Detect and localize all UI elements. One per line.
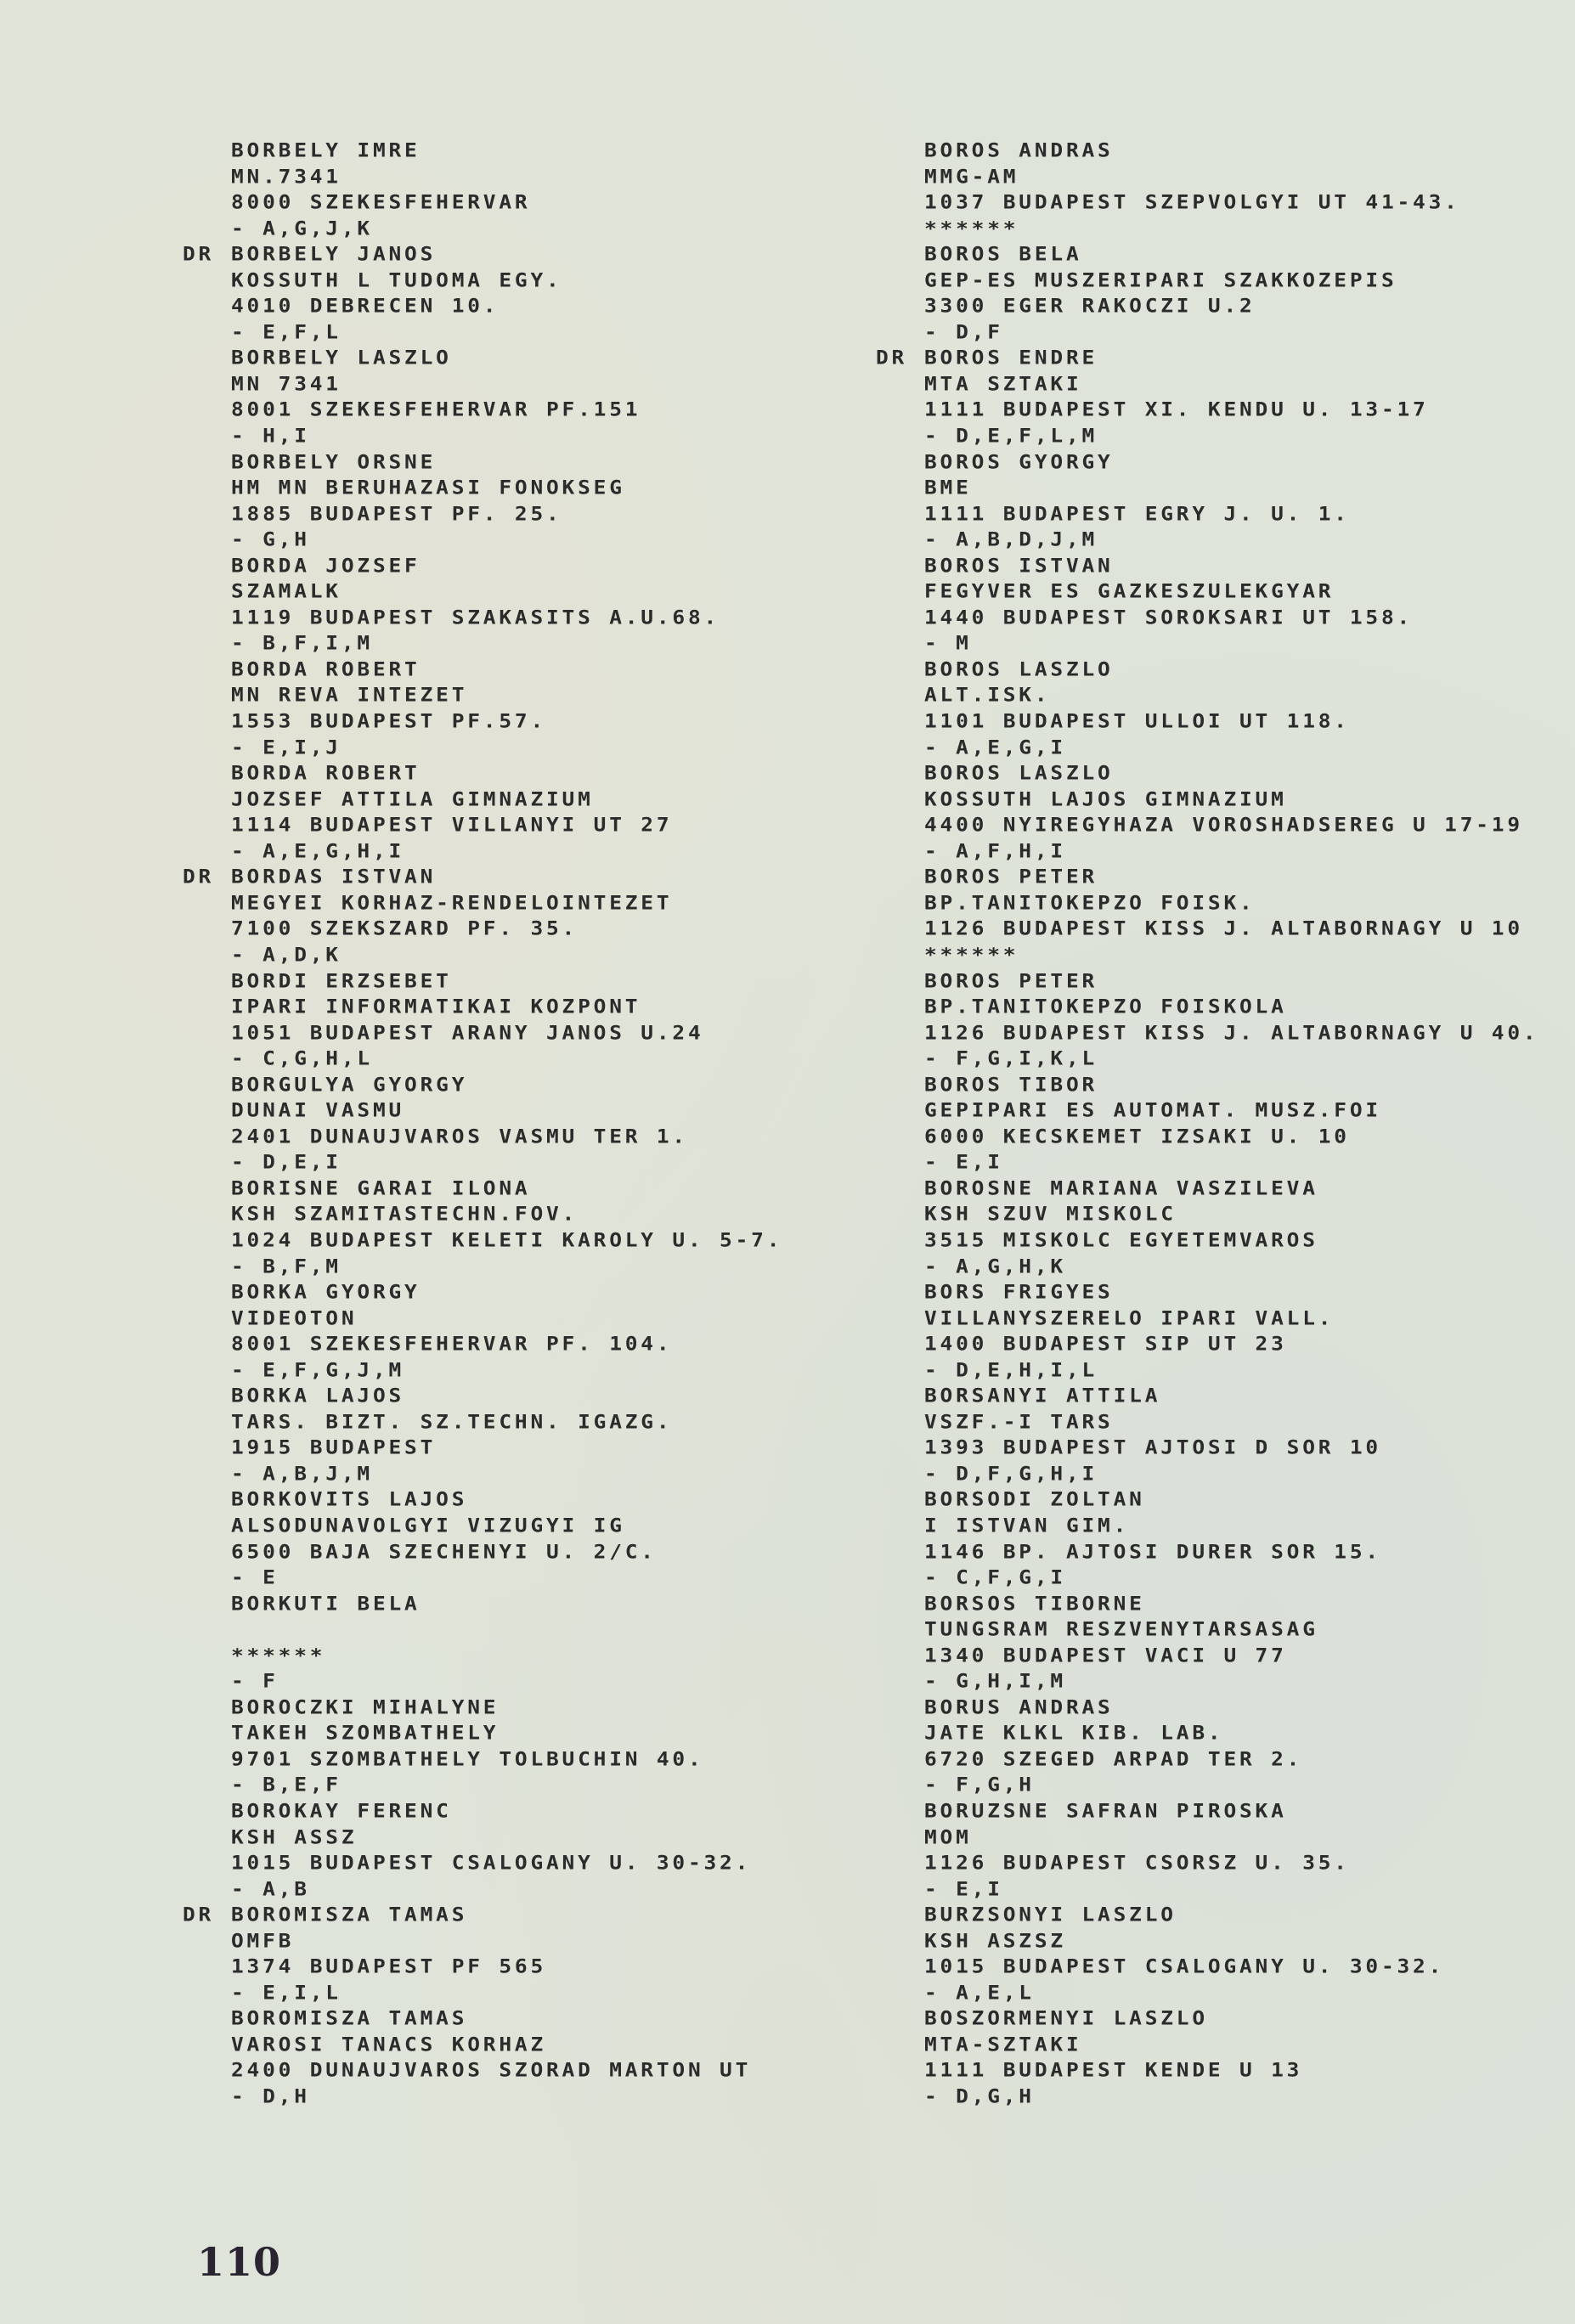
directory-line: - E,I bbox=[876, 1877, 1538, 1901]
entry-text: - F,G,I,K,L bbox=[924, 1046, 1098, 1070]
directory-line: DRBORBELY JANOS bbox=[183, 242, 782, 266]
entry-text: - D,G,H bbox=[924, 2084, 1035, 2108]
directory-line: ****** bbox=[876, 943, 1538, 967]
directory-line: 1126 BUDAPEST KISS J. ALTABORNAGY U 40. bbox=[876, 1021, 1538, 1045]
entry-text: BOSZORMENYI LASZLO bbox=[924, 2007, 1208, 2031]
entry-text: BORDI ERZSEBET bbox=[231, 969, 452, 993]
directory-line: BORISNE GARAI ILONA bbox=[183, 1176, 782, 1200]
directory-line: BORKA GYORGY bbox=[183, 1280, 782, 1304]
directory-line: KOSSUTH LAJOS GIMNAZIUM bbox=[876, 787, 1538, 811]
entry-text: BOROMISZA TAMAS bbox=[231, 1903, 467, 1926]
entry-text: - A,B bbox=[231, 1877, 310, 1901]
directory-line: 1340 BUDAPEST VACI U 77 bbox=[876, 1644, 1538, 1667]
directory-line: - E,F,L bbox=[183, 320, 782, 344]
entry-text: - B,F,I,M bbox=[231, 632, 373, 656]
entry-text: - D,H bbox=[231, 2084, 310, 2108]
entry-text: 1340 BUDAPEST VACI U 77 bbox=[924, 1644, 1287, 1667]
directory-line: - E,I,L bbox=[183, 1981, 782, 2005]
entry-text: - E,I,L bbox=[231, 1981, 342, 2005]
entry-text: 1119 BUDAPEST SZAKASITS A.U.68. bbox=[231, 606, 720, 629]
entry-text: IPARI INFORMATIKAI KOZPONT bbox=[231, 995, 641, 1018]
directory-line: BOROSNE MARIANA VASZILEVA bbox=[876, 1176, 1538, 1200]
entry-text: JATE KLKL KIB. LAB. bbox=[924, 1722, 1223, 1746]
directory-line: 1024 BUDAPEST KELETI KAROLY U. 5-7. bbox=[183, 1228, 782, 1252]
directory-line: BORSOS TIBORNE bbox=[876, 1592, 1538, 1616]
directory-line: ****** bbox=[183, 1644, 782, 1667]
directory-line: 4010 DEBRECEN 10. bbox=[183, 295, 782, 319]
directory-line: 1126 BUDAPEST CSORSZ U. 35. bbox=[876, 1851, 1538, 1875]
directory-line: GEPIPARI ES AUTOMAT. MUSZ.FOI bbox=[876, 1098, 1538, 1122]
entry-text: BOROS PETER bbox=[924, 969, 1098, 993]
entry-text: 1111 BUDAPEST XI. KENDU U. 13-17 bbox=[924, 398, 1429, 422]
entry-text: 8001 SZEKESFEHERVAR PF.151 bbox=[231, 398, 641, 422]
directory-line: MTA-SZTAKI bbox=[876, 2033, 1538, 2056]
directory-line: BORBELY ORSNE bbox=[183, 450, 782, 474]
entry-text: VAROSI TANACS KORHAZ bbox=[231, 2033, 546, 2056]
directory-line: MOM bbox=[876, 1825, 1538, 1849]
directory-line: ALSODUNAVOLGYI VIZUGYI IG bbox=[183, 1514, 782, 1537]
entry-text: 1553 BUDAPEST PF.57. bbox=[231, 709, 546, 733]
entry-text: BORSOS TIBORNE bbox=[924, 1592, 1145, 1616]
directory-page: BORBELY IMREMN.73418000 SZEKESFEHERVAR- … bbox=[0, 0, 1575, 2324]
entry-text: - A,G,H,K bbox=[924, 1255, 1066, 1278]
directory-line: KOSSUTH L TUDOMA EGY. bbox=[183, 268, 782, 292]
directory-line: 6500 BAJA SZECHENYI U. 2/C. bbox=[183, 1540, 782, 1564]
directory-line: 1393 BUDAPEST AJTOSI D SOR 10 bbox=[876, 1436, 1538, 1460]
entry-text: 4400 NYIREGYHAZA VOROSHADSEREG U 17-19 bbox=[924, 813, 1523, 837]
directory-line: - C,G,H,L bbox=[183, 1046, 782, 1070]
directory-line: - C,F,G,I bbox=[876, 1565, 1538, 1589]
directory-line: BOROS ANDRAS bbox=[876, 138, 1538, 162]
entry-text: - D,E,I bbox=[231, 1151, 342, 1175]
title-prefix: DR bbox=[183, 242, 231, 266]
entry-text: BORSODI ZOLTAN bbox=[924, 1488, 1145, 1512]
directory-line: 3515 MISKOLC EGYETEMVAROS bbox=[876, 1228, 1538, 1252]
directory-line: 2400 DUNAUJVAROS SZORAD MARTON UT bbox=[183, 2059, 782, 2083]
directory-line: 1111 BUDAPEST EGRY J. U. 1. bbox=[876, 502, 1538, 526]
entry-text: MTA-SZTAKI bbox=[924, 2033, 1082, 2056]
entry-text: BORDA ROBERT bbox=[231, 761, 421, 785]
directory-line: GEP-ES MUSZERIPARI SZAKKOZEPIS bbox=[876, 268, 1538, 292]
directory-line: BOROS ISTVAN bbox=[876, 554, 1538, 578]
entry-text: BORUZSNE SAFRAN PIROSKA bbox=[924, 1799, 1287, 1823]
directory-line: DUNAI VASMU bbox=[183, 1098, 782, 1122]
entry-text: 1146 BP. AJTOSI DURER SOR 15. bbox=[924, 1540, 1381, 1564]
directory-line: 8000 SZEKESFEHERVAR bbox=[183, 190, 782, 214]
directory-line: BORKOVITS LAJOS bbox=[183, 1488, 782, 1512]
entry-text: KSH ASSZ bbox=[231, 1825, 357, 1849]
entry-text: 9701 SZOMBATHELY TOLBUCHIN 40. bbox=[231, 1747, 704, 1771]
directory-line: - D,E,I bbox=[183, 1151, 782, 1175]
directory-line: 3300 EGER RAKOCZI U.2 bbox=[876, 295, 1538, 319]
directory-line: 1374 BUDAPEST PF 565 bbox=[183, 1955, 782, 1979]
directory-line: BOROS PETER bbox=[876, 969, 1538, 993]
directory-line: ****** bbox=[876, 217, 1538, 240]
directory-line: BORDI ERZSEBET bbox=[183, 969, 782, 993]
entry-text: BOROKAY FERENC bbox=[231, 1799, 452, 1823]
entry-text: KSH ASZSZ bbox=[924, 1929, 1066, 1953]
directory-line: TAKEH SZOMBATHELY bbox=[183, 1722, 782, 1746]
entry-text: BOROCZKI MIHALYNE bbox=[231, 1695, 499, 1719]
entry-text: VIDEOTON bbox=[231, 1306, 357, 1330]
directory-line: - B,E,F bbox=[183, 1774, 782, 1797]
directory-line: VILLANYSZERELO IPARI VALL. bbox=[876, 1306, 1538, 1330]
entry-text: BORISNE GARAI ILONA bbox=[231, 1176, 530, 1200]
entry-text: BORBELY IMRE bbox=[231, 138, 421, 162]
entry-text: BORSANYI ATTILA bbox=[924, 1384, 1160, 1407]
entry-text: 1400 BUDAPEST SIP UT 23 bbox=[924, 1332, 1287, 1356]
directory-line: - A,G,J,K bbox=[183, 217, 782, 240]
entry-text: BOROSNE MARIANA VASZILEVA bbox=[924, 1176, 1318, 1200]
directory-line: BORSODI ZOLTAN bbox=[876, 1488, 1538, 1512]
directory-column-right: BOROS ANDRASMMG-AM1037 BUDAPEST SZEPVOLG… bbox=[876, 138, 1538, 2110]
directory-line: 1015 BUDAPEST CSALOGANY U. 30-32. bbox=[876, 1955, 1538, 1979]
directory-line: 4400 NYIREGYHAZA VOROSHADSEREG U 17-19 bbox=[876, 813, 1538, 837]
directory-line: - D,F bbox=[876, 320, 1538, 344]
entry-text: - C,F,G,I bbox=[924, 1565, 1066, 1589]
directory-line: SZAMALK bbox=[183, 580, 782, 604]
directory-line: - F,G,I,K,L bbox=[876, 1046, 1538, 1070]
directory-line: - A,F,H,I bbox=[876, 839, 1538, 863]
entry-text: ALSODUNAVOLGYI VIZUGYI IG bbox=[231, 1514, 625, 1537]
entry-text: BORBELY LASZLO bbox=[231, 347, 452, 370]
directory-line: BP.TANITOKEPZO FOISK. bbox=[876, 891, 1538, 915]
entry-text: ****** bbox=[231, 1644, 325, 1667]
entry-text: - E,F,L bbox=[231, 320, 342, 344]
entry-text: 1015 BUDAPEST CSALOGANY U. 30-32. bbox=[924, 1955, 1444, 1979]
entry-text: - F bbox=[231, 1669, 279, 1693]
entry-text: GEP-ES MUSZERIPARI SZAKKOZEPIS bbox=[924, 268, 1397, 292]
entry-text: BORKOVITS LAJOS bbox=[231, 1488, 467, 1512]
entry-text: 1051 BUDAPEST ARANY JANOS U.24 bbox=[231, 1021, 704, 1045]
directory-line: 1400 BUDAPEST SIP UT 23 bbox=[876, 1332, 1538, 1356]
directory-line: MN REVA INTEZET bbox=[183, 684, 782, 708]
directory-line: 1440 BUDAPEST SOROKSARI UT 158. bbox=[876, 606, 1538, 629]
entry-text: FEGYVER ES GAZKESZULEKGYAR bbox=[924, 580, 1334, 604]
directory-line: 1119 BUDAPEST SZAKASITS A.U.68. bbox=[183, 606, 782, 629]
entry-text: BORDA ROBERT bbox=[231, 657, 421, 681]
directory-line: - A,B bbox=[183, 1877, 782, 1901]
entry-text: MTA SZTAKI bbox=[924, 372, 1082, 396]
directory-line: BORSANYI ATTILA bbox=[876, 1384, 1538, 1407]
directory-line: TUNGSRAM RESZVENYTARSASAG bbox=[876, 1617, 1538, 1641]
directory-line: BOSZORMENYI LASZLO bbox=[876, 2007, 1538, 2031]
entry-text: ALT.ISK. bbox=[924, 684, 1050, 708]
directory-line: BP.TANITOKEPZO FOISKOLA bbox=[876, 995, 1538, 1018]
entry-text: - A,E,L bbox=[924, 1981, 1035, 2005]
entry-text: BORUS ANDRAS bbox=[924, 1695, 1114, 1719]
entry-text: DUNAI VASMU bbox=[231, 1098, 404, 1122]
entry-text: 3515 MISKOLC EGYETEMVAROS bbox=[924, 1228, 1318, 1252]
directory-line: 1146 BP. AJTOSI DURER SOR 15. bbox=[876, 1540, 1538, 1564]
directory-line: - D,E,H,I,L bbox=[876, 1358, 1538, 1382]
directory-line: - B,F,M bbox=[183, 1255, 782, 1278]
entry-text: - C,G,H,L bbox=[231, 1046, 373, 1070]
directory-line: BORKUTI BELA bbox=[183, 1592, 782, 1616]
directory-line: KSH ASZSZ bbox=[876, 1929, 1538, 1953]
directory-line: BORGULYA GYORGY bbox=[183, 1073, 782, 1097]
entry-text: BORKUTI BELA bbox=[231, 1592, 421, 1616]
entry-text: BORDAS ISTVAN bbox=[231, 866, 436, 889]
directory-line: - F,G,H bbox=[876, 1774, 1538, 1797]
directory-line: - D,F,G,H,I bbox=[876, 1462, 1538, 1486]
entry-text: BOROS LASZLO bbox=[924, 657, 1114, 681]
directory-line: BOROS PETER bbox=[876, 866, 1538, 889]
directory-line: 9701 SZOMBATHELY TOLBUCHIN 40. bbox=[183, 1747, 782, 1771]
entry-text: - D,E,H,I,L bbox=[924, 1358, 1098, 1382]
entry-text: KSH SZAMITASTECHN.FOV. bbox=[231, 1203, 578, 1227]
entry-text: 6500 BAJA SZECHENYI U. 2/C. bbox=[231, 1540, 657, 1564]
entry-text: 7100 SZEKSZARD PF. 35. bbox=[231, 917, 578, 941]
entry-text: BOROMISZA TAMAS bbox=[231, 2007, 467, 2031]
directory-line: JOZSEF ATTILA GIMNAZIUM bbox=[183, 787, 782, 811]
directory-line: BORDA JOZSEF bbox=[183, 554, 782, 578]
directory-line: VAROSI TANACS KORHAZ bbox=[183, 2033, 782, 2056]
directory-line: 8001 SZEKESFEHERVAR PF. 104. bbox=[183, 1332, 782, 1356]
entry-text: ****** bbox=[924, 943, 1019, 967]
directory-line: OMFB bbox=[183, 1929, 782, 1953]
directory-line: - E,I bbox=[876, 1151, 1538, 1175]
entry-text: I ISTVAN GIM. bbox=[924, 1514, 1129, 1537]
directory-line: BORS FRIGYES bbox=[876, 1280, 1538, 1304]
directory-line: IPARI INFORMATIKAI KOZPONT bbox=[183, 995, 782, 1018]
directory-line: BORDA ROBERT bbox=[183, 761, 782, 785]
entry-text: - A,E,G,H,I bbox=[231, 839, 404, 863]
entry-text: 2400 DUNAUJVAROS SZORAD MARTON UT bbox=[231, 2059, 751, 2083]
directory-line: DRBOROS ENDRE bbox=[876, 347, 1538, 370]
entry-text: BME bbox=[924, 476, 972, 499]
entry-text: BP.TANITOKEPZO FOISKOLA bbox=[924, 995, 1287, 1018]
entry-text: - A,E,G,I bbox=[924, 736, 1066, 759]
entry-text: BORKA GYORGY bbox=[231, 1280, 421, 1304]
directory-line: BORBELY IMRE bbox=[183, 138, 782, 162]
entry-text: - H,I bbox=[231, 424, 310, 448]
directory-line: - A,G,H,K bbox=[876, 1255, 1538, 1278]
directory-line: - A,D,K bbox=[183, 943, 782, 967]
entry-text: - E,I bbox=[924, 1877, 1003, 1901]
title-prefix: DR bbox=[183, 866, 231, 889]
directory-line: 1915 BUDAPEST bbox=[183, 1436, 782, 1460]
entry-text: - A,F,H,I bbox=[924, 839, 1066, 863]
directory-line: BORKA LAJOS bbox=[183, 1384, 782, 1407]
directory-line: 1037 BUDAPEST SZEPVOLGYI UT 41-43. bbox=[876, 190, 1538, 214]
entry-text: - A,B,D,J,M bbox=[924, 527, 1098, 551]
entry-text: - E,I bbox=[924, 1151, 1003, 1175]
entry-text: BORKA LAJOS bbox=[231, 1384, 404, 1407]
entry-text: 6720 SZEGED ARPAD TER 2. bbox=[924, 1747, 1302, 1771]
directory-line: 8001 SZEKESFEHERVAR PF.151 bbox=[183, 398, 782, 422]
entry-text: BOROS PETER bbox=[924, 866, 1098, 889]
directory-line: BORDA ROBERT bbox=[183, 657, 782, 681]
entry-text: MN.7341 bbox=[231, 165, 342, 189]
directory-line: - B,F,I,M bbox=[183, 632, 782, 656]
directory-line: KSH ASSZ bbox=[183, 1825, 782, 1849]
directory-line: MEGYEI KORHAZ-RENDELOINTEZET bbox=[183, 891, 782, 915]
entry-text: 1111 BUDAPEST EGRY J. U. 1. bbox=[924, 502, 1350, 526]
entry-text: TUNGSRAM RESZVENYTARSASAG bbox=[924, 1617, 1318, 1641]
entry-text: - E bbox=[231, 1565, 279, 1589]
entry-text: BOROS LASZLO bbox=[924, 761, 1114, 785]
directory-line: 1114 BUDAPEST VILLANYI UT 27 bbox=[183, 813, 782, 837]
entry-text: 1393 BUDAPEST AJTOSI D SOR 10 bbox=[924, 1436, 1381, 1460]
entry-text: BP.TANITOKEPZO FOISK. bbox=[924, 891, 1256, 915]
entry-text: - A,G,J,K bbox=[231, 217, 373, 240]
entry-text: - D,E,F,L,M bbox=[924, 424, 1098, 448]
directory-line: BURZSONYI LASZLO bbox=[876, 1903, 1538, 1926]
directory-line: BOROS LASZLO bbox=[876, 657, 1538, 681]
directory-line: BOROCZKI MIHALYNE bbox=[183, 1695, 782, 1719]
entry-text: - E,F,G,J,M bbox=[231, 1358, 404, 1382]
directory-line: KSH SZUV MISKOLC bbox=[876, 1203, 1538, 1227]
directory-line: - A,B,D,J,M bbox=[876, 527, 1538, 551]
directory-line: - G,H bbox=[183, 527, 782, 551]
directory-line: 1553 BUDAPEST PF.57. bbox=[183, 709, 782, 733]
directory-line: MMG-AM bbox=[876, 165, 1538, 189]
entry-text: MMG-AM bbox=[924, 165, 1019, 189]
directory-line: ALT.ISK. bbox=[876, 684, 1538, 708]
entry-text: 1037 BUDAPEST SZEPVOLGYI UT 41-43. bbox=[924, 190, 1460, 214]
directory-line: MN 7341 bbox=[183, 372, 782, 396]
entry-text: OMFB bbox=[231, 1929, 294, 1953]
directory-line: KSH SZAMITASTECHN.FOV. bbox=[183, 1203, 782, 1227]
directory-line: DRBOROMISZA TAMAS bbox=[183, 1903, 782, 1926]
entry-text: - G,H bbox=[231, 527, 310, 551]
directory-line: 1885 BUDAPEST PF. 25. bbox=[183, 502, 782, 526]
directory-line: - A,E,L bbox=[876, 1981, 1538, 2005]
page-number: 110 bbox=[197, 2239, 281, 2285]
entry-text: - G,H,I,M bbox=[924, 1669, 1066, 1693]
entry-text: KSH SZUV MISKOLC bbox=[924, 1203, 1177, 1227]
directory-line: BOROKAY FERENC bbox=[183, 1799, 782, 1823]
entry-text: HM MN BERUHAZASI FONOKSEG bbox=[231, 476, 625, 499]
entry-text: 1126 BUDAPEST KISS J. ALTABORNAGY U 40. bbox=[924, 1021, 1538, 1045]
entry-text: 1111 BUDAPEST KENDE U 13 bbox=[924, 2059, 1302, 2083]
directory-line: - G,H,I,M bbox=[876, 1669, 1538, 1693]
entry-text: TARS. BIZT. SZ.TECHN. IGAZG. bbox=[231, 1410, 672, 1434]
directory-line: TARS. BIZT. SZ.TECHN. IGAZG. bbox=[183, 1410, 782, 1434]
directory-line: HM MN BERUHAZASI FONOKSEG bbox=[183, 476, 782, 499]
entry-text: BURZSONYI LASZLO bbox=[924, 1903, 1177, 1926]
entry-text: 1015 BUDAPEST CSALOGANY U. 30-32. bbox=[231, 1851, 751, 1875]
directory-line: 1101 BUDAPEST ULLOI UT 118. bbox=[876, 709, 1538, 733]
directory-line: I ISTVAN GIM. bbox=[876, 1514, 1538, 1537]
directory-line: BOROS BELA bbox=[876, 242, 1538, 266]
directory-line: - E,I,J bbox=[183, 736, 782, 759]
entry-text: - A,D,K bbox=[231, 943, 342, 967]
directory-line: DRBORDAS ISTVAN bbox=[183, 866, 782, 889]
directory-line: 1111 BUDAPEST KENDE U 13 bbox=[876, 2059, 1538, 2083]
directory-line: BOROS GYORGY bbox=[876, 450, 1538, 474]
entry-text: 4010 DEBRECEN 10. bbox=[231, 295, 499, 319]
directory-line: 6000 KECSKEMET IZSAKI U. 10 bbox=[876, 1125, 1538, 1148]
entry-text: - F,G,H bbox=[924, 1774, 1035, 1797]
entry-text: VSZF.-I TARS bbox=[924, 1410, 1114, 1434]
directory-line: - E bbox=[183, 1565, 782, 1589]
directory-line: JATE KLKL KIB. LAB. bbox=[876, 1722, 1538, 1746]
entry-text: BORBELY JANOS bbox=[231, 242, 436, 266]
entry-text: KOSSUTH LAJOS GIMNAZIUM bbox=[924, 787, 1287, 811]
entry-text: BORDA JOZSEF bbox=[231, 554, 421, 578]
entry-text: 2401 DUNAUJVAROS VASMU TER 1. bbox=[231, 1125, 688, 1148]
directory-line: 6720 SZEGED ARPAD TER 2. bbox=[876, 1747, 1538, 1771]
entry-text: BOROS TIBOR bbox=[924, 1073, 1098, 1097]
entry-text: 1114 BUDAPEST VILLANYI UT 27 bbox=[231, 813, 672, 837]
entry-text: 1101 BUDAPEST ULLOI UT 118. bbox=[924, 709, 1350, 733]
entry-text: KOSSUTH L TUDOMA EGY. bbox=[231, 268, 562, 292]
title-prefix: DR bbox=[876, 347, 924, 370]
entry-text: 1024 BUDAPEST KELETI KAROLY U. 5-7. bbox=[231, 1228, 782, 1252]
entry-text: 8001 SZEKESFEHERVAR PF. 104. bbox=[231, 1332, 672, 1356]
directory-line: BORBELY LASZLO bbox=[183, 347, 782, 370]
directory-column-left: BORBELY IMREMN.73418000 SZEKESFEHERVAR- … bbox=[183, 138, 782, 2110]
entry-text: 1374 BUDAPEST PF 565 bbox=[231, 1955, 546, 1979]
directory-line: - A,E,G,I bbox=[876, 736, 1538, 759]
directory-line: 1111 BUDAPEST XI. KENDU U. 13-17 bbox=[876, 398, 1538, 422]
entry-text: MOM bbox=[924, 1825, 972, 1849]
entry-text: 1126 BUDAPEST CSORSZ U. 35. bbox=[924, 1851, 1350, 1875]
entry-text: BOROS ANDRAS bbox=[924, 138, 1114, 162]
directory-line: - D,G,H bbox=[876, 2084, 1538, 2108]
entry-text: BOROS GYORGY bbox=[924, 450, 1114, 474]
entry-text: GEPIPARI ES AUTOMAT. MUSZ.FOI bbox=[924, 1098, 1381, 1122]
directory-line: BORUZSNE SAFRAN PIROSKA bbox=[876, 1799, 1538, 1823]
directory-line: FEGYVER ES GAZKESZULEKGYAR bbox=[876, 580, 1538, 604]
directory-line: - H,I bbox=[183, 424, 782, 448]
directory-line: BOROMISZA TAMAS bbox=[183, 2007, 782, 2031]
directory-line: - E,F,G,J,M bbox=[183, 1358, 782, 1382]
directory-line: - D,H bbox=[183, 2084, 782, 2108]
directory-line: BOROS LASZLO bbox=[876, 761, 1538, 785]
entry-text: 1885 BUDAPEST PF. 25. bbox=[231, 502, 562, 526]
directory-line: - M bbox=[876, 632, 1538, 656]
entry-text: 1440 BUDAPEST SOROKSARI UT 158. bbox=[924, 606, 1413, 629]
directory-line: - F bbox=[183, 1669, 782, 1693]
directory-line bbox=[183, 1617, 782, 1641]
entry-text: VILLANYSZERELO IPARI VALL. bbox=[924, 1306, 1334, 1330]
entry-text: MN REVA INTEZET bbox=[231, 684, 467, 708]
entry-text: 6000 KECSKEMET IZSAKI U. 10 bbox=[924, 1125, 1350, 1148]
entry-text: BORBELY ORSNE bbox=[231, 450, 436, 474]
directory-line: BORUS ANDRAS bbox=[876, 1695, 1538, 1719]
entry-text: MN 7341 bbox=[231, 372, 342, 396]
directory-line: 2401 DUNAUJVAROS VASMU TER 1. bbox=[183, 1125, 782, 1148]
directory-line: MN.7341 bbox=[183, 165, 782, 189]
entry-text: BOROS ISTVAN bbox=[924, 554, 1114, 578]
entry-text: MEGYEI KORHAZ-RENDELOINTEZET bbox=[231, 891, 672, 915]
entry-text: BOROS ENDRE bbox=[924, 347, 1098, 370]
directory-line: BOROS TIBOR bbox=[876, 1073, 1538, 1097]
entry-text: - D,F,G,H,I bbox=[924, 1462, 1098, 1486]
entry-text: SZAMALK bbox=[231, 580, 342, 604]
entry-text: - A,B,J,M bbox=[231, 1462, 373, 1486]
entry-text: 1126 BUDAPEST KISS J. ALTABORNAGY U 10 bbox=[924, 917, 1523, 941]
entry-text: BORGULYA GYORGY bbox=[231, 1073, 467, 1097]
entry-text: BORS FRIGYES bbox=[924, 1280, 1114, 1304]
entry-text: TAKEH SZOMBATHELY bbox=[231, 1722, 499, 1746]
directory-line: BME bbox=[876, 476, 1538, 499]
directory-line: - A,B,J,M bbox=[183, 1462, 782, 1486]
directory-line: 1015 BUDAPEST CSALOGANY U. 30-32. bbox=[183, 1851, 782, 1875]
directory-line: - A,E,G,H,I bbox=[183, 839, 782, 863]
directory-line: 1126 BUDAPEST KISS J. ALTABORNAGY U 10 bbox=[876, 917, 1538, 941]
directory-line: VSZF.-I TARS bbox=[876, 1410, 1538, 1434]
entry-text: - B,E,F bbox=[231, 1774, 342, 1797]
directory-line: MTA SZTAKI bbox=[876, 372, 1538, 396]
entry-text: JOZSEF ATTILA GIMNAZIUM bbox=[231, 787, 594, 811]
directory-line: 1051 BUDAPEST ARANY JANOS U.24 bbox=[183, 1021, 782, 1045]
entry-text: BOROS BELA bbox=[924, 242, 1082, 266]
directory-line: 7100 SZEKSZARD PF. 35. bbox=[183, 917, 782, 941]
